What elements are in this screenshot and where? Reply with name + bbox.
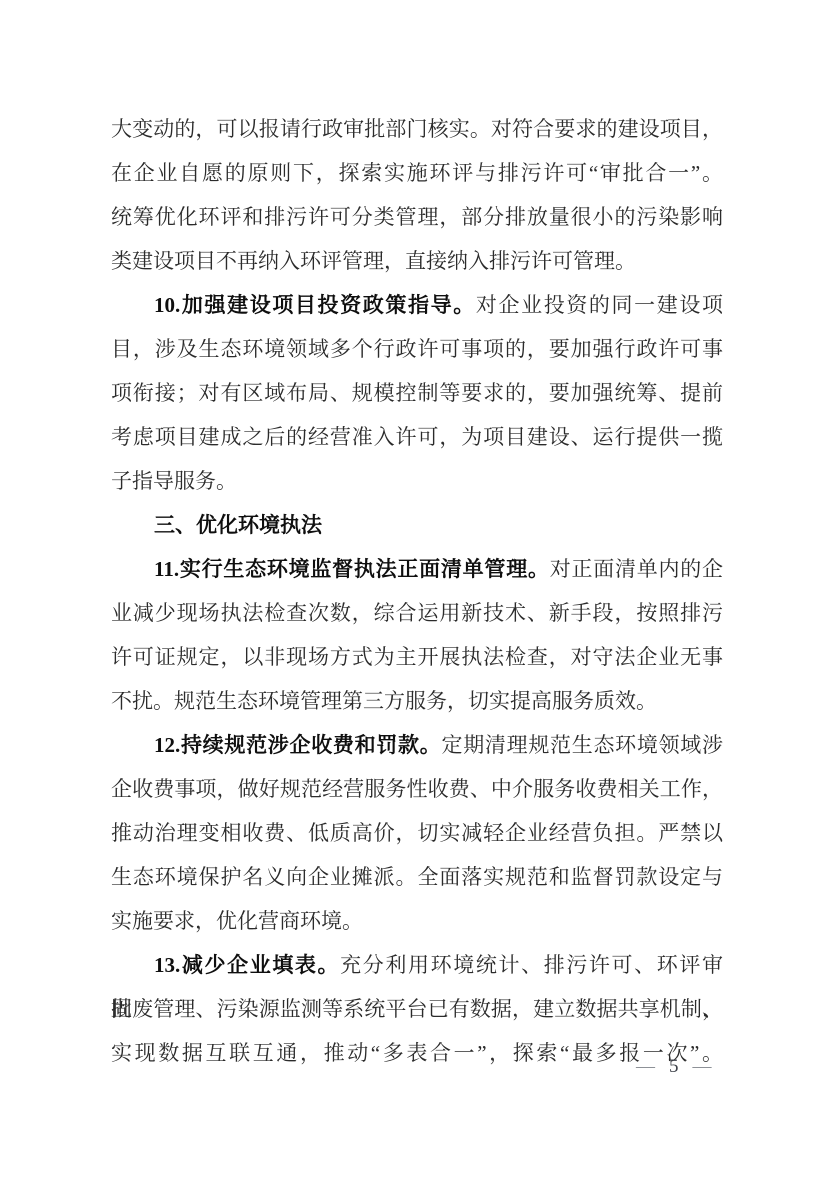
- text-segment: 子指导服务。: [111, 469, 237, 493]
- page-number-right-dash: —: [693, 1056, 712, 1077]
- text-line: 统筹优化环评和排污许可分类管理，部分排放量很小的污染影响: [111, 195, 723, 239]
- text-line: 类建设项目不再纳入环评管理，直接纳入排污许可管理。: [111, 239, 723, 283]
- text-line: 企收费事项，做好规范经营服务性收费、中介服务收费相关工作，: [111, 767, 723, 811]
- text-line: 推动治理变相收费、低质高价，切实减轻企业经营负担。严禁以: [111, 811, 723, 855]
- text-line: 在企业自愿的原则下，探索实施环评与排污许可“审批合一”。: [111, 151, 723, 195]
- text-segment: 推动治理变相收费、低质高价，切实减轻企业经营负担。严禁以: [111, 821, 723, 845]
- text-line: 大变动的，可以报请行政审批部门核实。对符合要求的建设项目，: [111, 107, 723, 151]
- document-page: 大变动的，可以报请行政审批部门核实。对符合要求的建设项目，在企业自愿的原则下，探…: [0, 0, 832, 1182]
- section-heading: 三、优化环境执法: [111, 503, 723, 547]
- text-segment: 大变动的，可以报请行政审批部门核实。对符合要求的建设项目，: [111, 117, 723, 141]
- text-segment: 固废管理、污染源监测等系统平台已有数据，建立数据共享机制，: [111, 997, 723, 1021]
- text-segment: 对正面清单内的企: [550, 557, 723, 581]
- text-segment: 在企业自愿的原则下，探索实施环评与排污许可“审批合一”。: [111, 161, 723, 185]
- text-block: 大变动的，可以报请行政审批部门核实。对符合要求的建设项目，在企业自愿的原则下，探…: [111, 107, 723, 1075]
- bold-text-segment: 12.持续规范涉企收费和罚款。: [154, 733, 441, 757]
- text-segment: 不扰。规范生态环境管理第三方服务，切实提高服务质效。: [111, 689, 657, 713]
- text-segment: 业减少现场执法检查次数，综合运用新技术、新手段，按照排污: [111, 601, 723, 625]
- paragraph-13-first-line: 13.减少企业填表。充分利用环境统计、排污许可、环评审批、: [111, 943, 723, 987]
- text-segment: 对企业投资的同一建设项: [476, 293, 723, 317]
- text-line: 固废管理、污染源监测等系统平台已有数据，建立数据共享机制，: [111, 987, 723, 1031]
- bold-text-segment: 10.加强建设项目投资政策指导。: [154, 293, 476, 317]
- paragraph-12-first-line: 12.持续规范涉企收费和罚款。定期清理规范生态环境领域涉: [111, 723, 723, 767]
- page-number-value: 5: [669, 1056, 679, 1077]
- text-segment: 生态环境保护名义向企业摊派。全面落实规范和监督罚款设定与: [111, 865, 723, 889]
- text-line: 项衔接；对有区域布局、规模控制等要求的，要加强统筹、提前: [111, 371, 723, 415]
- text-line: 许可证规定，以非现场方式为主开展执法检查，对守法企业无事: [111, 635, 723, 679]
- page-number: —5—: [636, 1053, 712, 1081]
- text-segment: 企收费事项，做好规范经营服务性收费、中介服务收费相关工作，: [111, 777, 723, 801]
- text-segment: 类建设项目不再纳入环评管理，直接纳入排污许可管理。: [111, 249, 636, 273]
- text-segment: 实现数据互联互通，推动“多表合一”，探索“最多报一次”。: [111, 1041, 723, 1065]
- text-line: 生态环境保护名义向企业摊派。全面落实规范和监督罚款设定与: [111, 855, 723, 899]
- text-line: 子指导服务。: [111, 459, 723, 503]
- text-line: 目，涉及生态环境领域多个行政许可事项的，要加强行政许可事: [111, 327, 723, 371]
- text-segment: 许可证规定，以非现场方式为主开展执法检查，对守法企业无事: [111, 645, 723, 669]
- bold-text-segment: 11.实行生态环境监督执法正面清单管理。: [154, 557, 550, 581]
- paragraph-10-first-line: 10.加强建设项目投资政策指导。对企业投资的同一建设项: [111, 283, 723, 327]
- text-line: 业减少现场执法检查次数，综合运用新技术、新手段，按照排污: [111, 591, 723, 635]
- text-line: 实施要求，优化营商环境。: [111, 899, 723, 943]
- text-line: 不扰。规范生态环境管理第三方服务，切实提高服务质效。: [111, 679, 723, 723]
- text-segment: 实施要求，优化营商环境。: [111, 909, 363, 933]
- text-segment: 统筹优化环评和排污许可分类管理，部分排放量很小的污染影响: [111, 205, 723, 229]
- text-segment: 定期清理规范生态环境领域涉: [441, 733, 723, 757]
- text-segment: 目，涉及生态环境领域多个行政许可事项的，要加强行政许可事: [111, 337, 723, 361]
- bold-text-segment: 13.减少企业填表。: [154, 953, 340, 977]
- paragraph-11-first-line: 11.实行生态环境监督执法正面清单管理。对正面清单内的企: [111, 547, 723, 591]
- bold-text-segment: 三、优化环境执法: [154, 513, 322, 537]
- text-segment: 考虑项目建成之后的经营准入许可，为项目建设、运行提供一揽: [111, 425, 723, 449]
- text-segment: 项衔接；对有区域布局、规模控制等要求的，要加强统筹、提前: [111, 381, 723, 405]
- text-line: 实现数据互联互通，推动“多表合一”，探索“最多报一次”。: [111, 1031, 723, 1075]
- page-number-left-dash: —: [636, 1056, 655, 1077]
- text-line: 考虑项目建成之后的经营准入许可，为项目建设、运行提供一揽: [111, 415, 723, 459]
